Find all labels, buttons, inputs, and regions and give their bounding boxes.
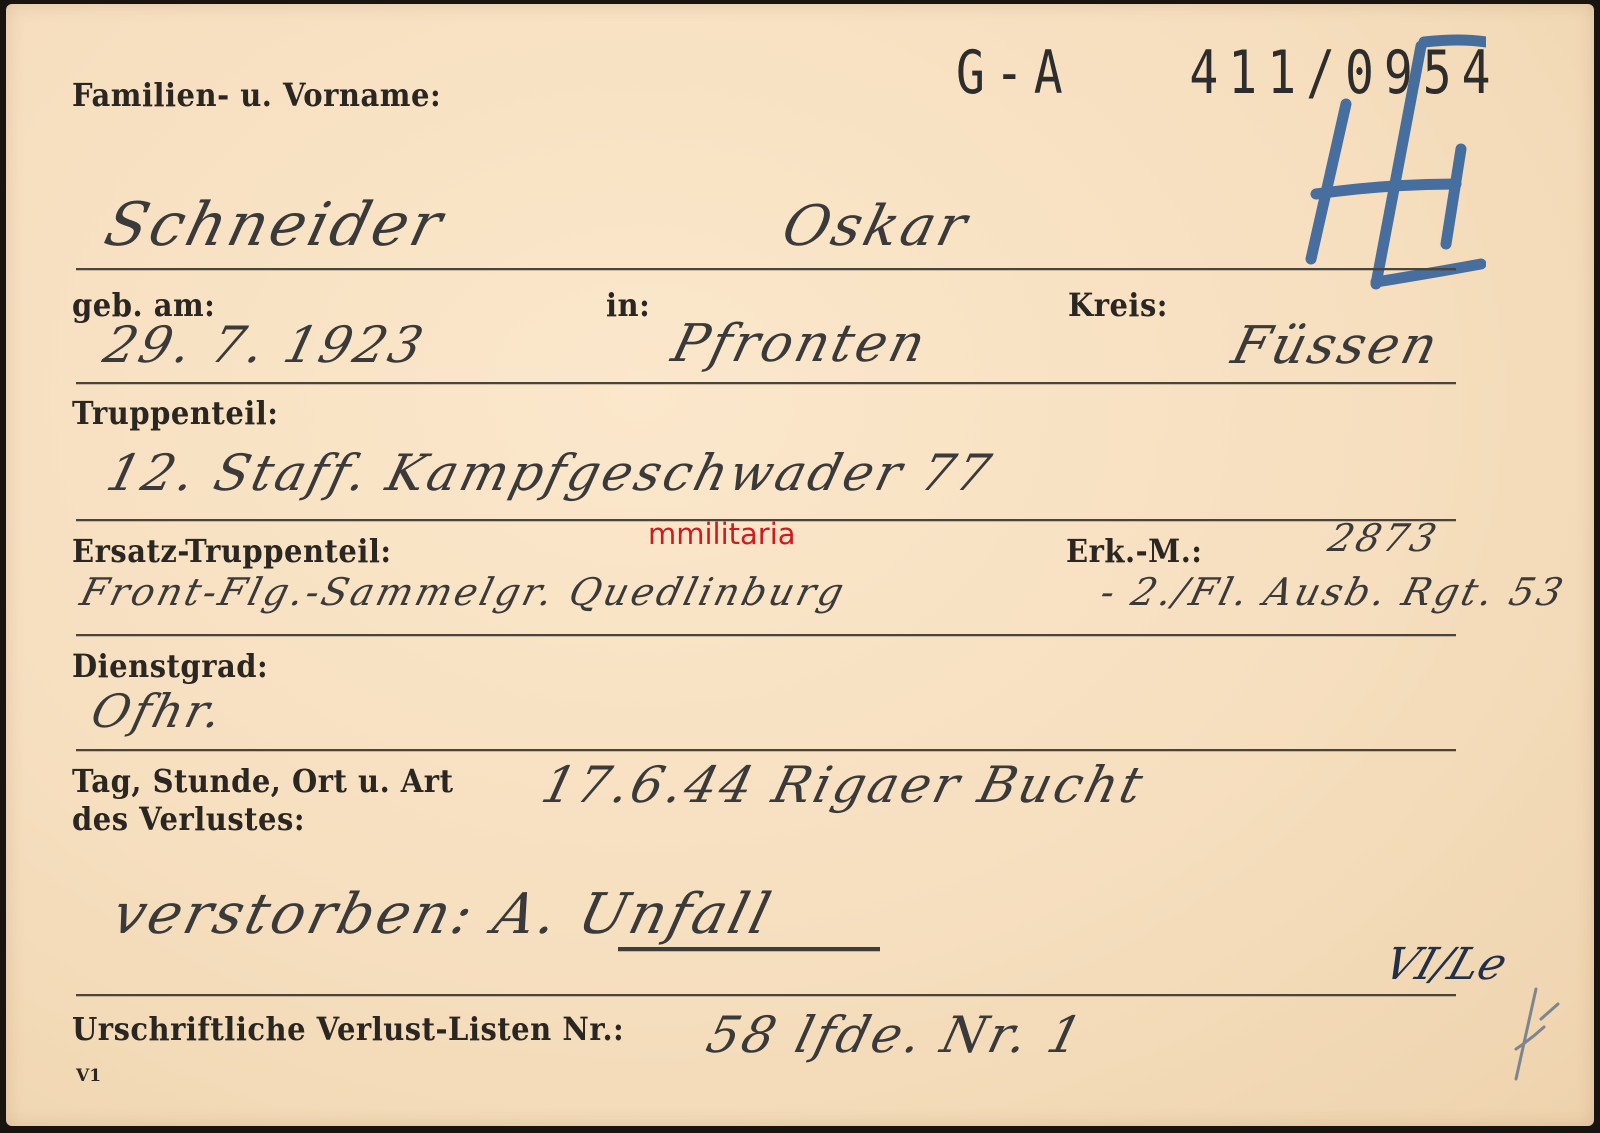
loss-list-value: 58 lfde. Nr. 1 xyxy=(701,1006,1091,1064)
birth-place-label: in: xyxy=(606,288,650,324)
birth-date-value: 29. 7. 1923 xyxy=(98,316,432,374)
rule-name xyxy=(76,268,1456,270)
rule-birth xyxy=(76,382,1456,384)
rule-replacement xyxy=(76,634,1456,636)
rule-loss xyxy=(76,994,1456,996)
pencil-tick-icon xyxy=(1496,979,1566,1089)
rank-value: Ofhr. xyxy=(86,684,230,738)
watermark: mmilitaria xyxy=(648,517,796,551)
unit-value: 12. Staff. Kampfgeschwader 77 xyxy=(101,444,999,502)
district-value: Füssen xyxy=(1226,316,1446,376)
loss-label-line2: des Verlustes: xyxy=(72,802,305,838)
loss-value: 17.6.44 Rigaer Bucht xyxy=(536,756,1151,814)
rule-rank xyxy=(76,749,1456,751)
birth-place-value: Pfronten xyxy=(666,314,934,374)
replacement-unit-value: Front-Flg.-Sammelgr. Quedlinburg xyxy=(76,570,851,614)
rank-label: Dienstgrad: xyxy=(72,649,268,685)
loss-label-line1: Tag, Stunde, Ort u. Art xyxy=(72,764,453,800)
loss-list-label: Urschriftliche Verlust-Listen Nr.: xyxy=(72,1012,624,1048)
corner-annotation: VI/Le xyxy=(1378,939,1514,990)
cause-underline xyxy=(618,947,880,951)
unit-label: Truppenteil: xyxy=(72,396,279,432)
id-tag-value: 2873 xyxy=(1324,516,1444,560)
given-name-value: Oskar xyxy=(776,194,976,259)
name-label: Familien- u. Vorname: xyxy=(72,78,441,114)
loss-cause: verstorben: A. Unfall xyxy=(106,882,779,947)
record-card: G-A 411/0954 Familien- u. Vorname: Schne… xyxy=(6,4,1594,1126)
id-tag-label: Erk.-M.: xyxy=(1066,534,1203,570)
district-label: Kreis: xyxy=(1068,288,1168,324)
surname-value: Schneider xyxy=(98,190,452,260)
replacement-unit-label: Ersatz-Truppenteil: xyxy=(72,534,392,570)
replacement-unit-continued: - 2./Fl. Ausb. Rgt. 53 xyxy=(1096,570,1570,614)
form-code: V1 xyxy=(76,1066,101,1086)
blue-pencil-mark-icon xyxy=(1286,34,1486,294)
